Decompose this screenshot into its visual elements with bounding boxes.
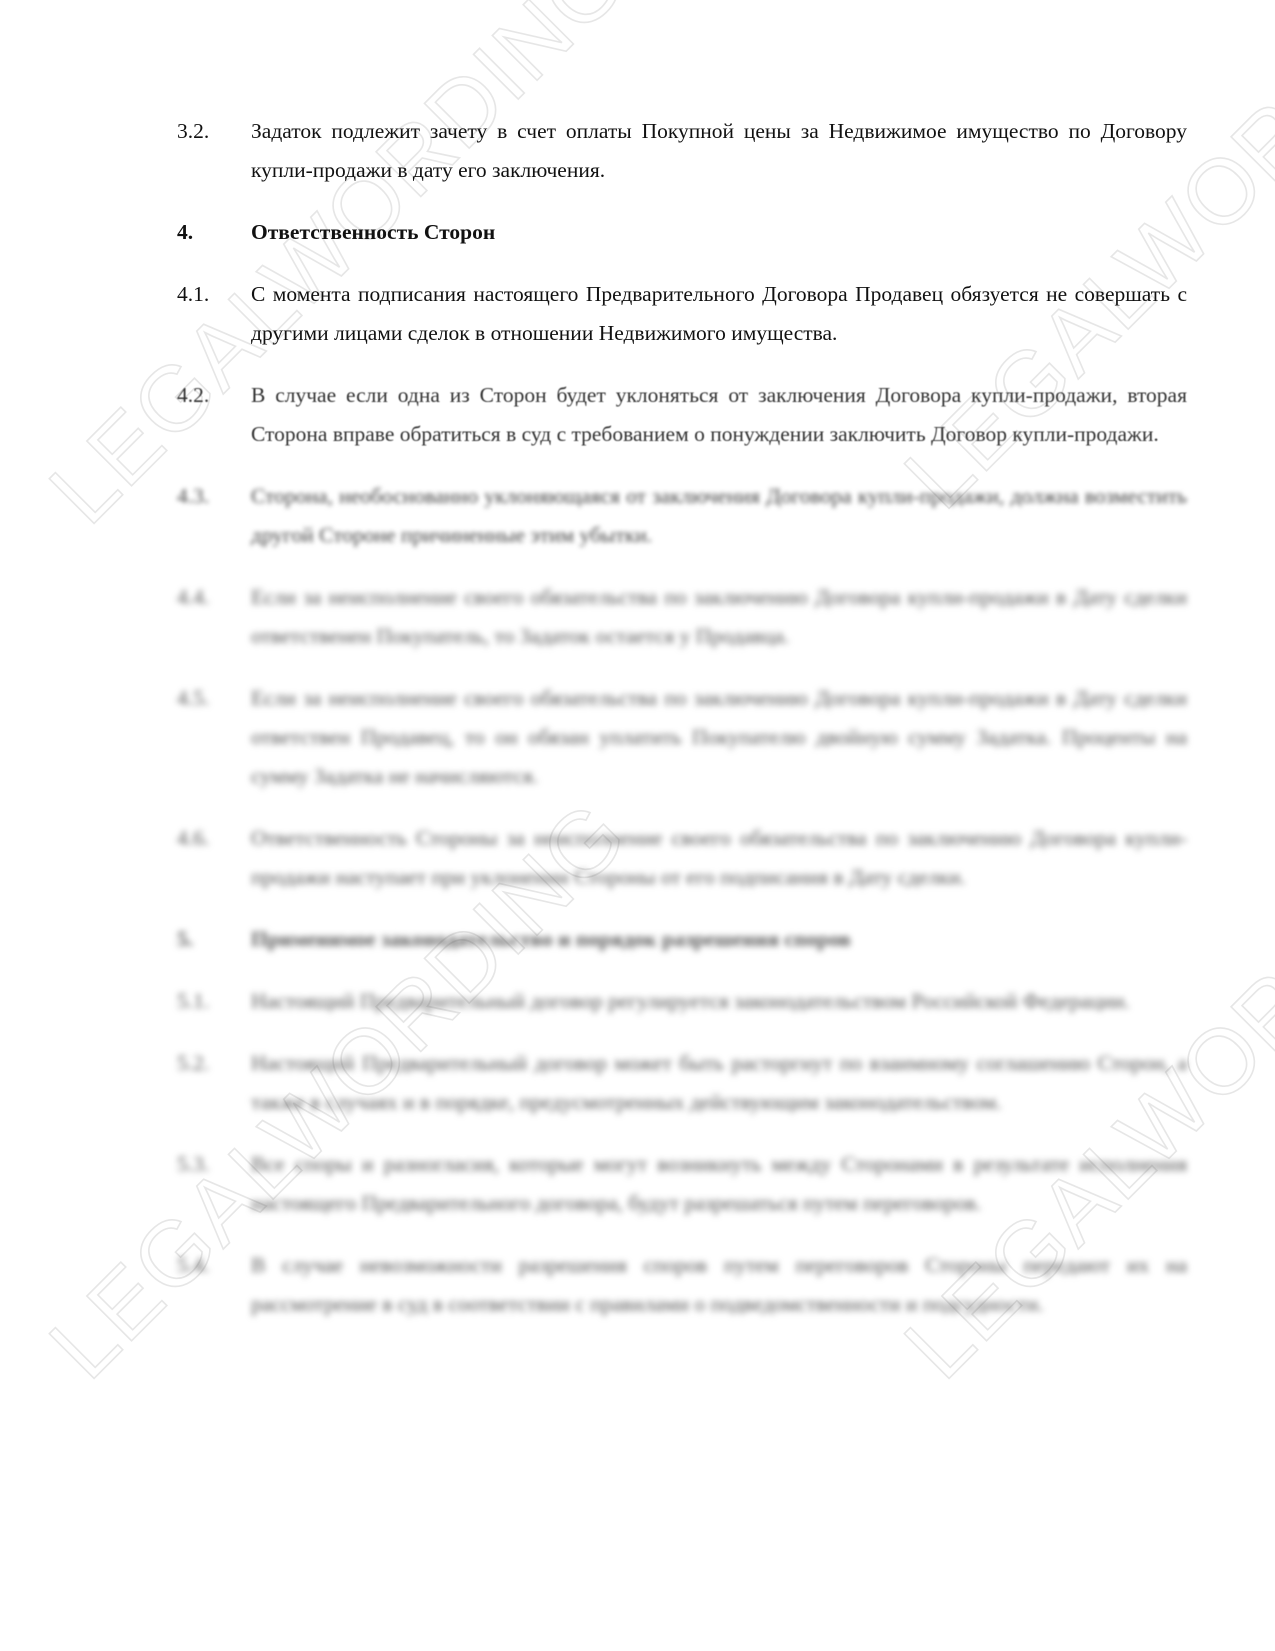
section-title: Ответственность Сторон [251, 213, 1187, 252]
clause-4-3: 4.3. Сторона, необоснованно уклоняющаяся… [177, 477, 1187, 555]
clause-number: 5.4. [177, 1246, 251, 1324]
clause-number: 4.5. [177, 679, 251, 796]
section-number: 4. [177, 213, 251, 252]
clause-text: В случае если одна из Сторон будет уклон… [251, 376, 1187, 454]
clause-number: 3.2. [177, 112, 251, 190]
clause-3-2: 3.2. Задаток подлежит зачету в счет опла… [177, 112, 1187, 190]
clause-text: В случае невозможности разрешения споров… [251, 1246, 1187, 1324]
section-title: Применимое законодательство и порядок ра… [251, 920, 1187, 959]
clause-text: Настоящий Предварительный договор может … [251, 1044, 1187, 1122]
section-number: 5. [177, 920, 251, 959]
clause-number: 4.3. [177, 477, 251, 555]
document-page: LEGALWORDING LEGALWORDING LEGALWORDING L… [0, 0, 1275, 1651]
clause-4-5: 4.5. Если за неисполнение своего обязате… [177, 679, 1187, 796]
clause-4-6: 4.6. Ответственность Стороны за неисполн… [177, 819, 1187, 897]
clause-number: 4.4. [177, 578, 251, 656]
clause-4-4: 4.4. Если за неисполнение своего обязате… [177, 578, 1187, 656]
clause-4-1: 4.1. С момента подписания настоящего Пре… [177, 275, 1187, 353]
clause-5-4: 5.4. В случае невозможности разрешения с… [177, 1246, 1187, 1324]
clause-text: Если за неисполнение своего обязательств… [251, 578, 1187, 656]
clause-text: С момента подписания настоящего Предвари… [251, 275, 1187, 353]
clause-number: 4.2. [177, 376, 251, 454]
clause-4-2: 4.2. В случае если одна из Сторон будет … [177, 376, 1187, 454]
clause-5-3: 5.3. Все споры и разногласия, которые мо… [177, 1145, 1187, 1223]
clause-5-2: 5.2. Настоящий Предварительный договор м… [177, 1044, 1187, 1122]
clause-text: Сторона, необоснованно уклоняющаяся от з… [251, 477, 1187, 555]
clause-number: 5.2. [177, 1044, 251, 1122]
clause-text: Ответственность Стороны за неисполнение … [251, 819, 1187, 897]
clause-text: Задаток подлежит зачету в счет оплаты По… [251, 112, 1187, 190]
section-heading-5: 5. Применимое законодательство и порядок… [177, 920, 1187, 959]
clause-number: 4.1. [177, 275, 251, 353]
document-body: 3.2. Задаток подлежит зачету в счет опла… [177, 112, 1187, 1347]
clause-text: Настоящий Предварительный договор регули… [251, 982, 1187, 1021]
clause-5-1: 5.1. Настоящий Предварительный договор р… [177, 982, 1187, 1021]
clause-text: Если за неисполнение своего обязательств… [251, 679, 1187, 796]
clause-number: 4.6. [177, 819, 251, 897]
section-heading-4: 4. Ответственность Сторон [177, 213, 1187, 252]
clause-text: Все споры и разногласия, которые могут в… [251, 1145, 1187, 1223]
clause-number: 5.3. [177, 1145, 251, 1223]
clause-number: 5.1. [177, 982, 251, 1021]
